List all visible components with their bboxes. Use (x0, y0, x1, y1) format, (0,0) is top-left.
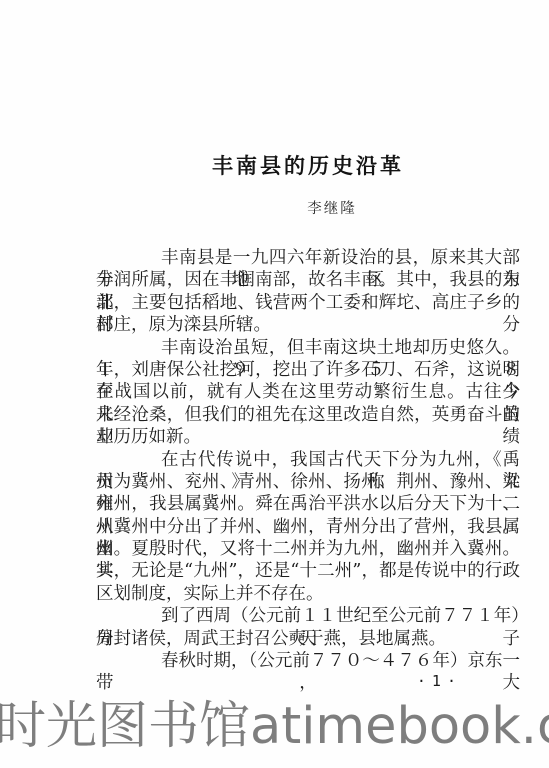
paragraph: 丰南设治虽短，但丰南这块土地却历史悠久。１９５８ 年，刘唐保公社挖河，挖出了许多… (96, 337, 520, 449)
text-line: 州为冀州、兖州、青州、徐州、扬州、荆州、豫州、梁州、 (96, 471, 520, 493)
text-line: 从冀州中分出了并州、幽州，青州分出了营州，我县属幽 (96, 516, 520, 538)
watermark-text: 时光图书馆atimebook.com (0, 699, 549, 755)
text-line: 在战国以前，就有人类在这里劳动繁衍生息。古往今来，虽 (96, 381, 520, 403)
text-line: 丰南设治虽短，但丰南这块土地却历史悠久。１９５８ (96, 337, 520, 359)
author-name: 李继隆 (120, 197, 544, 218)
text-line: 雍州，我县属冀州。舜在禹治平洪水以后分天下为十二州。 (96, 493, 520, 515)
paragraph: 在古代传说中，我国古代天下分为九州，《禹贡》称九 州为冀州、兖州、青州、徐州、扬… (96, 449, 520, 606)
text-line: 丰润所属，因在丰润南部，故名丰南。其中，我县的东北 (96, 269, 520, 291)
text-line: 几经沧桑，但我们的祖先在这里改造自然，英勇奋斗的业绩 (96, 404, 520, 426)
page-title: 丰南县的历史沿革 (96, 150, 520, 180)
paragraph: 丰南县是一九四六年新设治的县，原来其大部分地区为 丰润所属，因在丰润南部，故名丰… (96, 247, 520, 337)
text-line: 年，刘唐保公社挖河，挖出了许多石刀、石斧，这说明至少 (96, 359, 520, 381)
text-line: 丰南县是一九四六年新设治的县，原来其大部分地区为 (96, 247, 520, 269)
text-line: 到了西周（公元前１１世纪至公元前７７１年）周天子 (96, 605, 520, 627)
page-number: ·1· (96, 672, 520, 690)
body-text: 丰南县是一九四六年新设治的县，原来其大部分地区为 丰润所属，因在丰润南部，故名丰… (96, 247, 520, 672)
text-line: 区划制度，实际上并不存在。 (96, 583, 520, 605)
text-line: 州。夏殷时代，又将十二州并为九州，幽州并入冀州。其 (96, 538, 520, 560)
scanned-book-page: 丰南县的历史沿革 李继隆 丰南县是一九四六年新设治的县，原来其大部分地区为 丰润… (0, 0, 549, 768)
text-line: 部，主要包括稻地、钱营两个工委和辉坨、高庄子乡的部分 (96, 292, 520, 314)
text-line: 实，无论是“九州”，还是“十二州”，都是传说中的行政 (96, 560, 520, 582)
text-line: 春秋时期，（公元前７７０～４７６年）京东一带，大 (96, 650, 520, 672)
paragraph: 到了西周（公元前１１世纪至公元前７７１年）周天子 分封诸侯，周武王封召公奭于燕，… (96, 605, 520, 650)
paragraph: 春秋时期，（公元前７７０～４７６年）京东一带，大 (96, 650, 520, 672)
text-line: 在古代传说中，我国古代天下分为九州，《禹贡》称九 (96, 449, 520, 471)
